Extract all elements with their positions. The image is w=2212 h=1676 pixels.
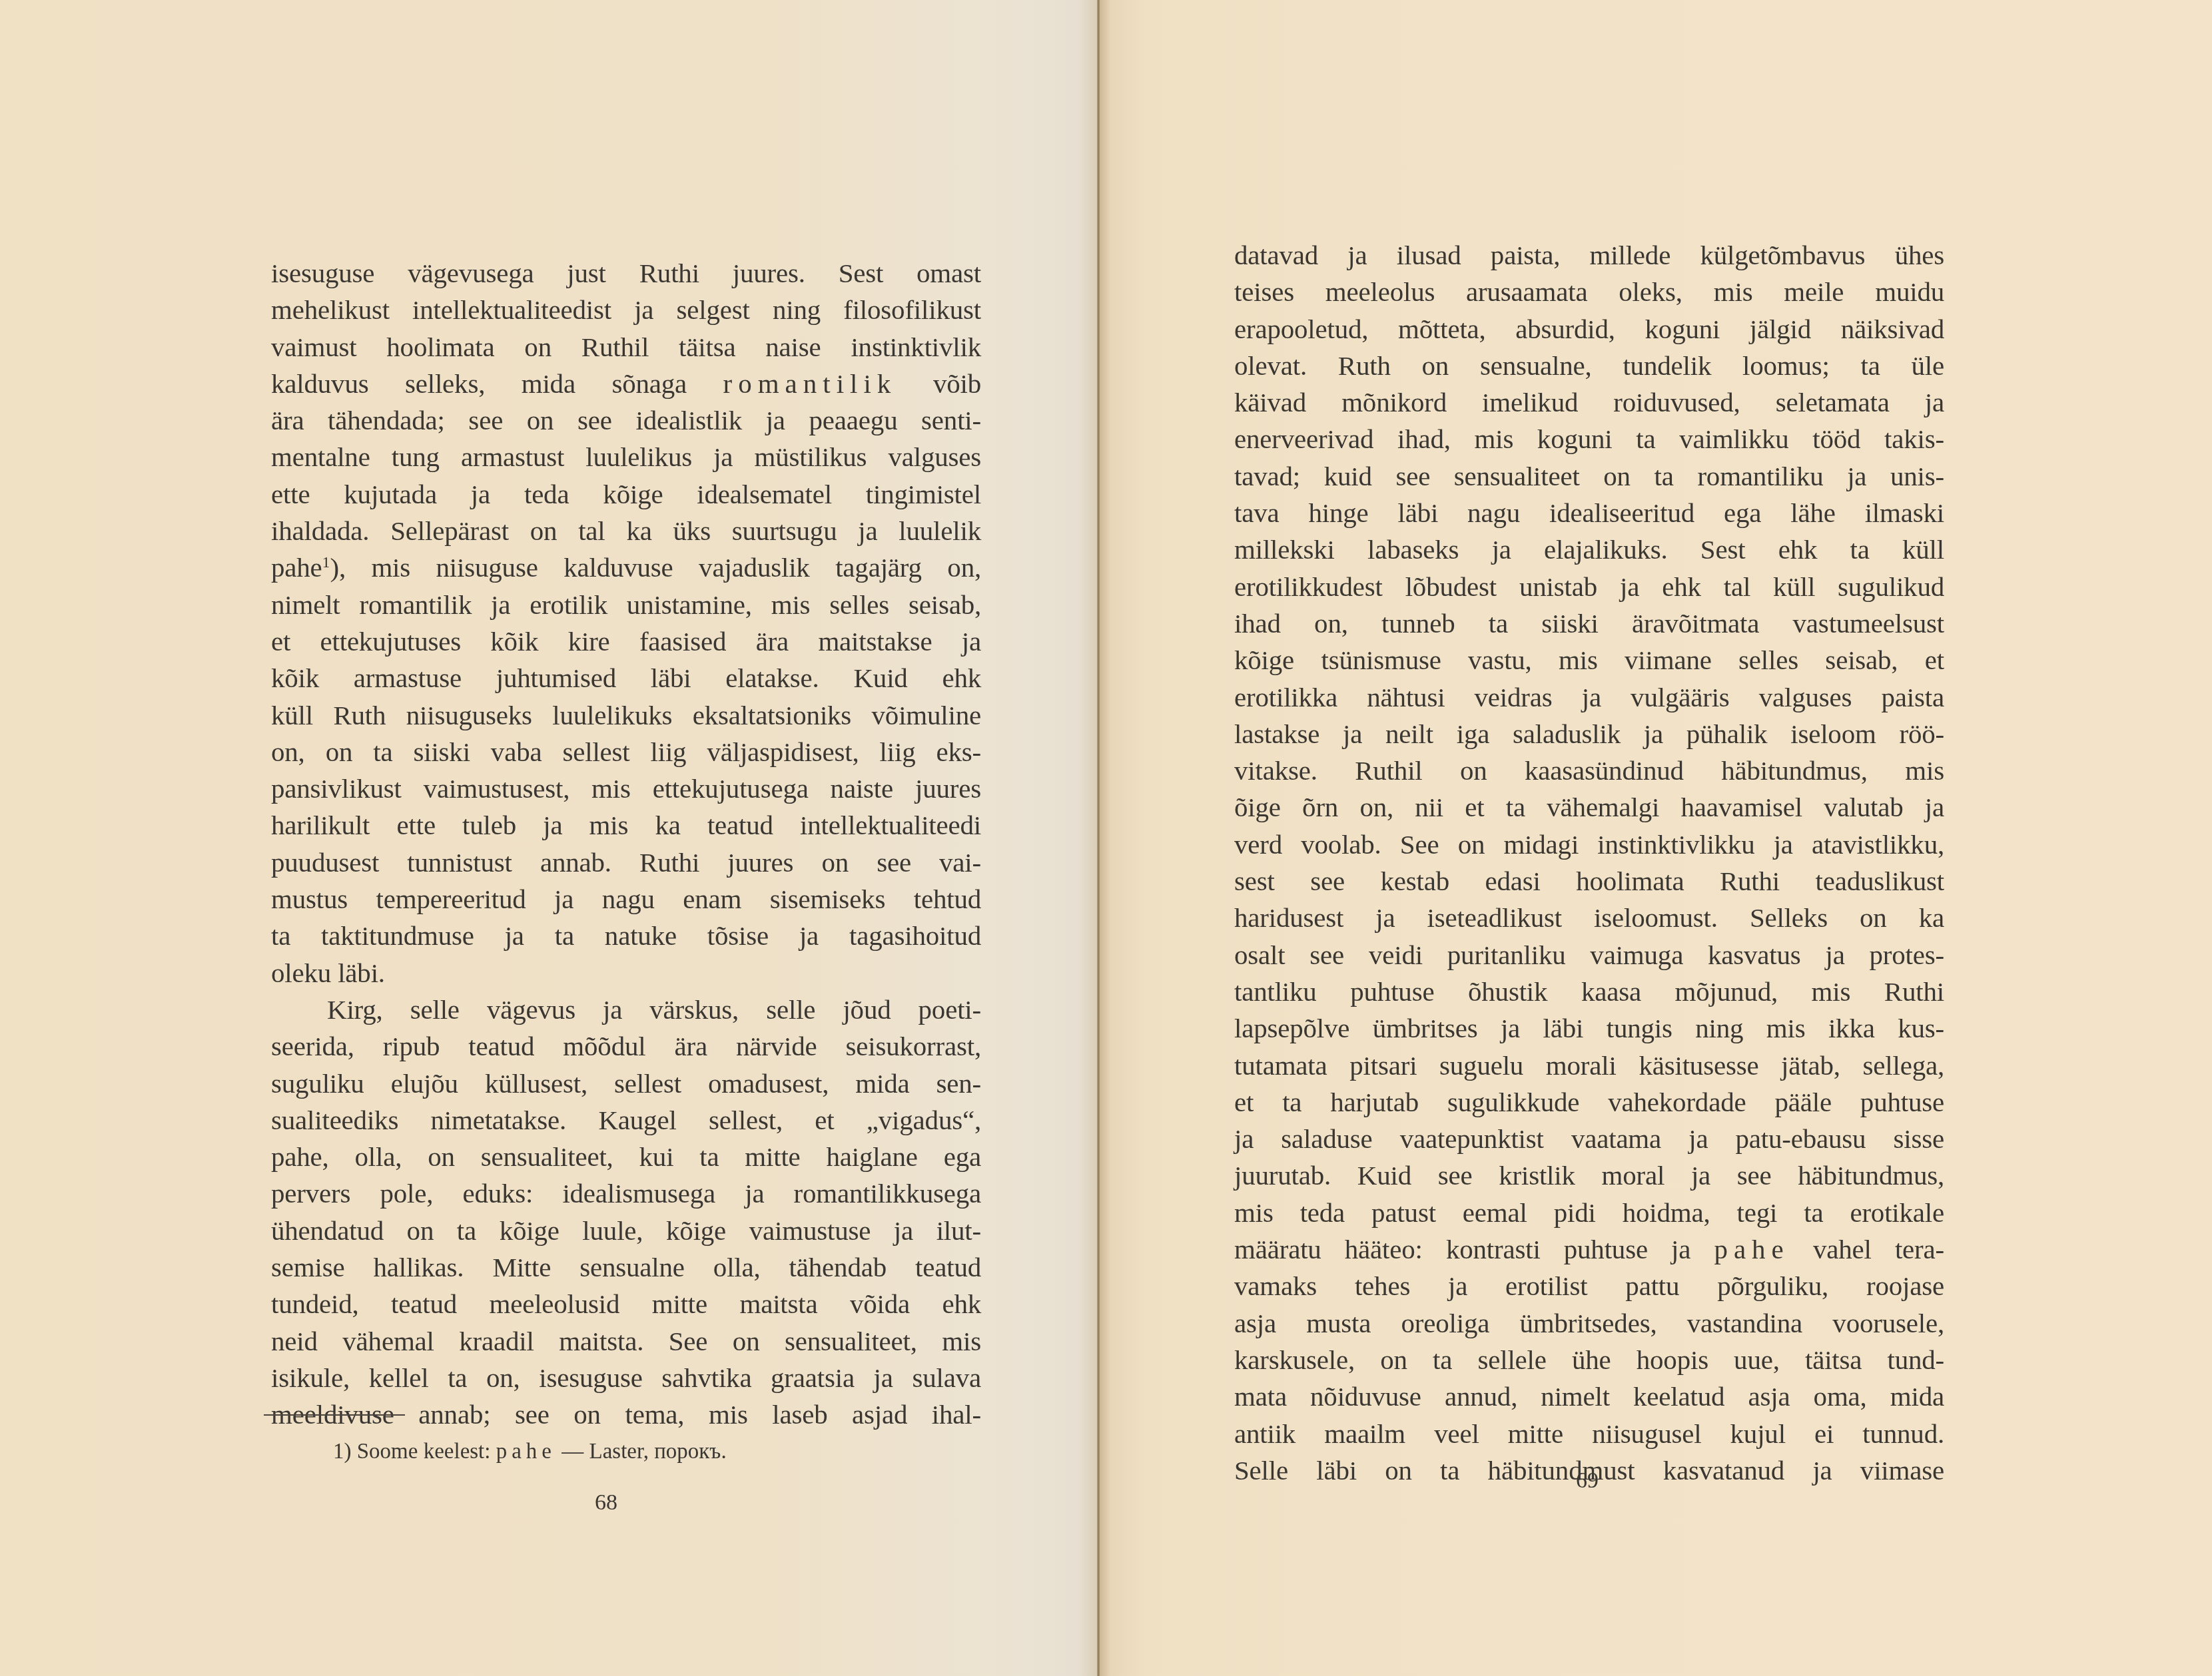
text-line: ja saladuse vaatepunktist vaatama ja pat…	[1234, 1121, 1944, 1157]
text-line: mustus tempereeritud ja nagu enam sisemi…	[271, 881, 981, 918]
left-page: isesuguse vägevusega just Ruthi juures. …	[0, 0, 1100, 1676]
text-line: ette kujutada ja teda kõige idealsematel…	[271, 476, 981, 513]
text-fragment: võib	[933, 368, 981, 399]
spaced-emphasis-word: pahe	[1714, 1234, 1789, 1264]
text-fragment: pahe	[271, 552, 322, 583]
footnote-marker: 1)	[333, 1440, 352, 1464]
text-line: olevat. Ruth on sensualne, tundelik loom…	[1234, 348, 1944, 384]
text-line: pahe, olla, on sensualiteet, kui ta mitt…	[271, 1139, 981, 1175]
text-fragment: vahel tera-	[1813, 1234, 1944, 1264]
text-line: isikule, kellel ta on, isesuguse sahvtik…	[271, 1360, 981, 1396]
book-spread: isesuguse vägevusega just Ruthi juures. …	[0, 0, 2212, 1676]
text-line: tava hinge läbi nagu idealiseeritud ega …	[1234, 495, 1944, 531]
text-line: vamaks tehes ja erotilist pattu põrgulik…	[1234, 1268, 1944, 1304]
text-line: nimelt romantilik ja erotilik unistamine…	[271, 587, 981, 623]
text-line: ihaldada. Sellepärast on tal ka üks suur…	[271, 513, 981, 549]
text-line: isesuguse vägevusega just Ruthi juures. …	[271, 255, 981, 292]
text-line: mata nõiduvuse annud, nimelt keelatud as…	[1234, 1378, 1944, 1415]
text-line: sualiteediks nimetatakse. Kaugel sellest…	[271, 1102, 981, 1139]
spaced-emphasis-word: romantilik	[723, 368, 897, 399]
text-line: et ta harjutab sugulikkude vahekordade p…	[1234, 1084, 1944, 1121]
text-line: tutamata pitsari suguelu morali käsituse…	[1234, 1047, 1944, 1084]
text-line: vaimust hoolimata on Ruthil täitsa naise…	[271, 329, 981, 366]
text-line: et ettekujutuses kõik kire faasised ära …	[271, 623, 981, 660]
text-line: õige õrn on, nii et ta vähemalgi haavami…	[1234, 789, 1944, 826]
right-page: datavad ja ilusad paista, millede külget…	[1100, 0, 2212, 1676]
text-line: juurutab. Kuid see kristlik moral ja see…	[1234, 1157, 1944, 1194]
text-line: tantliku puhtuse õhustik kaasa mõjunud, …	[1234, 974, 1944, 1010]
footnote-text: Soome keelest:	[357, 1440, 491, 1464]
text-line: datavad ja ilusad paista, millede külget…	[1234, 237, 1944, 274]
text-line: verd voolab. See on midagi instinktivlik…	[1234, 826, 1944, 863]
text-line: ihad on, tunneb ta siiski äravõitmata va…	[1234, 605, 1944, 642]
text-line-with-emphasis: kalduvus selleks, mida sõnaga romantilik…	[271, 366, 981, 402]
paragraph-end-line: oleku läbi.	[271, 955, 981, 991]
text-line: sest see kestab edasi hoolimata Ruthi te…	[1234, 863, 1944, 900]
text-line: puudusest tunnistust annab. Ruthi juures…	[271, 844, 981, 881]
text-line: käivad mõnikord imelikud roiduvused, sel…	[1234, 384, 1944, 421]
text-line: pervers pole, eduks: idealismusega ja ro…	[271, 1175, 981, 1212]
text-line: antiik maailm veel mitte niisugusel kuju…	[1234, 1416, 1944, 1452]
text-line: karskusele, on ta sellele ühe hoopis uue…	[1234, 1342, 1944, 1378]
text-line: pansivlikust vaimustusest, mis ettekujut…	[271, 770, 981, 807]
page-number-right: 69	[1547, 1468, 1627, 1494]
text-line: tavad; kuid see sensualiteet on ta roman…	[1234, 458, 1944, 495]
text-line: seerida, ripub teatud mõõdul ära närvide…	[271, 1028, 981, 1065]
text-fragment: kalduvus selleks, mida sõnaga	[271, 368, 687, 399]
text-fragment: ), mis niisuguse kalduvuse vajaduslik ta…	[330, 552, 981, 583]
page-number-left: 68	[566, 1490, 646, 1516]
text-line: tundeid, teatud meeleolusid mitte maitst…	[271, 1286, 981, 1322]
text-line: haridusest ja iseteadlikust iseloomust. …	[1234, 900, 1944, 936]
text-line: osalt see veidi puritanliku vaimuga kasv…	[1234, 937, 1944, 974]
left-page-body-text: isesuguse vägevusega just Ruthi juures. …	[271, 255, 981, 1434]
text-line: millekski labaseks ja elajalikuks. Sest …	[1234, 531, 1944, 568]
text-line: suguliku elujõu küllusest, sellest omadu…	[271, 1065, 981, 1102]
text-line: asja musta oreoliga ümbritsedes, vastand…	[1234, 1305, 1944, 1342]
text-line: kõige tsünismuse vastu, mis viimane sell…	[1234, 642, 1944, 679]
text-line: lastakse ja neilt iga saladuslik ja püha…	[1234, 716, 1944, 752]
footnote-text: — Laster, порокъ.	[561, 1440, 726, 1464]
text-line: ta taktitundmuse ja ta natuke tõsise ja …	[271, 918, 981, 954]
footnote-spaced-word: pahe	[496, 1440, 556, 1464]
right-page-body-text: datavad ja ilusad paista, millede külget…	[1234, 237, 1944, 1489]
text-line-with-footnote-ref: pahe1), mis niisuguse kalduvuse vajadusl…	[271, 549, 981, 586]
text-line: enerveerivad ihad, mis koguni ta vaimlik…	[1234, 421, 1944, 457]
text-line: semise hallikas. Mitte sensualne olla, t…	[271, 1249, 981, 1286]
footnote-reference: 1	[322, 554, 330, 571]
text-line: erapooletud, mõtteta, absurdid, koguni j…	[1234, 311, 1944, 348]
text-line: erotilikka nähtusi veidras ja vulgääris …	[1234, 679, 1944, 716]
text-line: lapsepõlve ümbritses ja läbi tungis ning…	[1234, 1010, 1944, 1047]
text-line: küll Ruth niisuguseks luulelikuks eksalt…	[271, 697, 981, 734]
text-line-with-emphasis: määratu hääteo: kontrasti puhtuse ja pah…	[1234, 1231, 1944, 1268]
text-line: mehelikust intellektualiteedist ja selge…	[271, 292, 981, 328]
text-line: ära tähendada; see on see idealistlik ja…	[271, 402, 981, 439]
text-line: kõik armastuse juhtumised läbi elatakse.…	[271, 660, 981, 697]
text-line: ühendatud on ta kõige luule, kõige vaimu…	[271, 1213, 981, 1249]
footnote-separator-rule	[264, 1414, 405, 1416]
text-line: mentalne tung armastust luulelikus ja mü…	[271, 439, 981, 475]
text-line: vitakse. Ruthil on kaasasündinud häbitun…	[1234, 752, 1944, 789]
paragraph-start-line: Kirg, selle vägevus ja värskus, selle jõ…	[271, 991, 981, 1028]
text-line: neid vähemal kraadil maitsta. See on sen…	[271, 1323, 981, 1360]
text-line: harilikult ette tuleb ja mis ka teatud i…	[271, 807, 981, 844]
footnote: 1) Soome keelest: pahe — Laster, порокъ.	[333, 1438, 727, 1465]
text-line: on, on ta siiski vaba sellest liig välja…	[271, 734, 981, 770]
text-fragment: määratu hääteo: kontrasti puhtuse ja	[1234, 1234, 1690, 1264]
text-line: mis teda patust eemal pidi hoidma, tegi …	[1234, 1195, 1944, 1231]
text-line: teises meeleolus arusaamata oleks, mis m…	[1234, 274, 1944, 310]
text-line: erotilikkudest lõbudest unistab ja ehk t…	[1234, 569, 1944, 605]
